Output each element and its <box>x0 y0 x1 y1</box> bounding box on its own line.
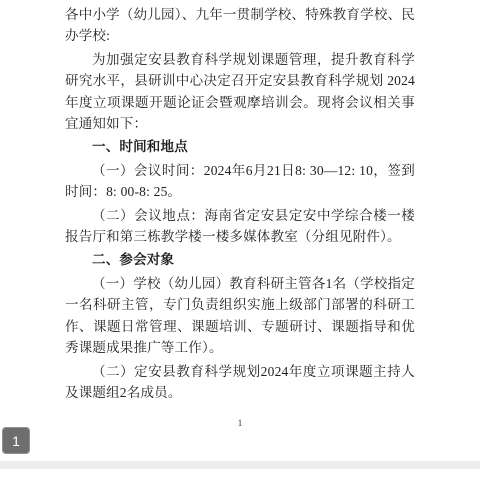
page-indicator-badge[interactable]: 1 <box>2 427 30 454</box>
paragraph: 为加强定安县教育科学规划课题管理，提升教育科学研究水平，县研训中心决定召开定安县… <box>65 49 415 135</box>
paragraph: （二）会议地点：海南省定安县定安中学综合楼一楼报告厅和第三栋教学楼一楼多媒体教室… <box>65 205 415 248</box>
document-page: 各中小学（幼儿园）、九年一贯制学校、特殊教育学校、民办学校:为加强定安县教育科学… <box>65 4 415 428</box>
paragraph: 各中小学（幼儿园）、九年一贯制学校、特殊教育学校、民办学校: <box>65 4 415 47</box>
section-heading: 一、时间和地点 <box>65 136 415 157</box>
viewer-bottom-bar[interactable] <box>0 461 480 469</box>
paragraph: （一）会议时间：2024年6月21日8: 30—12: 10，签到时间：8: 0… <box>65 160 415 203</box>
paragraph: （二）定安县教育科学规划2024年度立项课题主持人及课题组2名成员。 <box>65 361 415 404</box>
section-heading: 二、参会对象 <box>65 249 415 270</box>
paragraph: （一）学校（幼儿园）教育科研主管各1名（学校指定一名科研主管，专门负责组织实施上… <box>65 273 415 359</box>
document-body: 各中小学（幼儿园）、九年一贯制学校、特殊教育学校、民办学校:为加强定安县教育科学… <box>65 4 415 403</box>
page-indicator-label: 1 <box>12 433 20 449</box>
page-number: 1 <box>65 418 415 428</box>
